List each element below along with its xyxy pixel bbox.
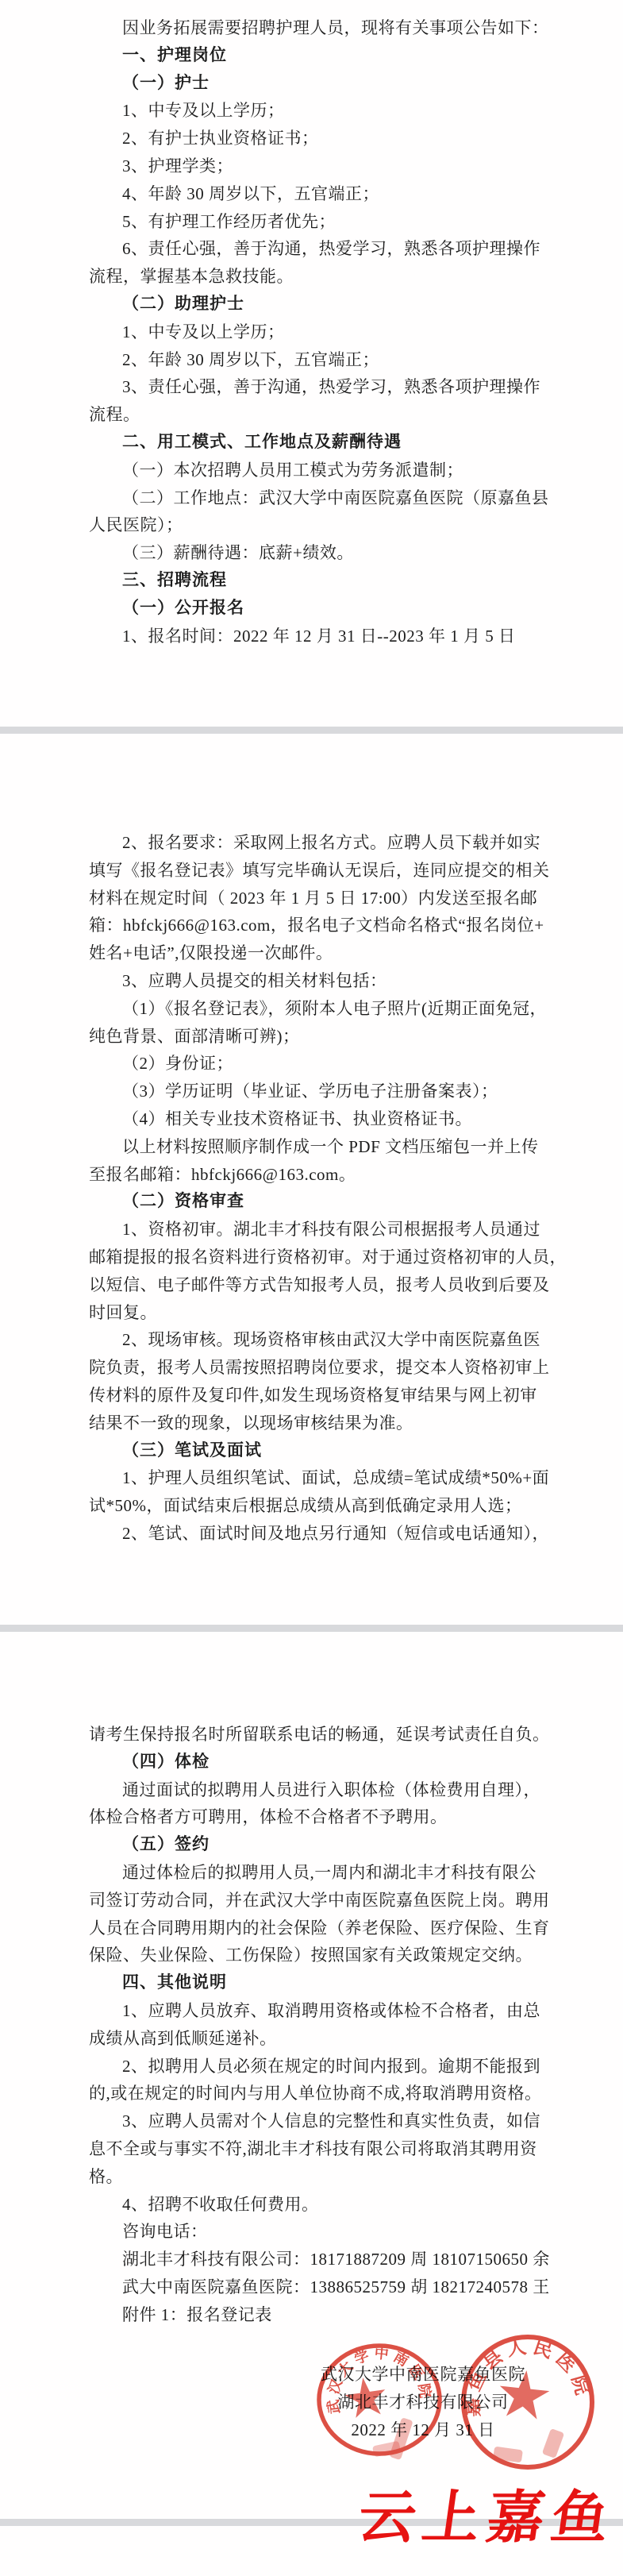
document-line: 1、中专及以上学历； <box>89 318 540 346</box>
document-line: 填写《报名登记表》填写完毕确认无误后，连同应提交的相关 <box>89 857 540 885</box>
document-line: （2）身份证； <box>89 1050 540 1078</box>
document-line: （四）体检 <box>89 1749 540 1776</box>
document-line: 二、用工模式、工作地点及薪酬待遇 <box>89 429 540 457</box>
document-line: 2、现场审核。现场资格审核由武汉大学中南医院嘉鱼医 <box>89 1326 540 1354</box>
document-line: 3、应聘人员需对个人信息的完整性和真实性负责，如信 <box>89 2107 540 2135</box>
page-separator-1 <box>0 727 623 734</box>
document-line: 院负责，报考人员需按照招聘岗位要求，提交本人资格初审上 <box>89 1354 540 1382</box>
document-line: 体检合格者方可聘用，体检不合格者不予聘用。 <box>89 1803 540 1831</box>
document-line: （三）薪酬待遇：底薪+绩效。 <box>89 539 540 567</box>
page-1: 因业务拓展需要招聘护理人员，现将有关事项公告如下：一、护理岗位（一）护士1、中专… <box>0 0 623 727</box>
document-line: 格。 <box>89 2163 540 2191</box>
document-line: 人员在合同聘用期内的社会保险（养老保险、医疗保险、生育 <box>89 1915 540 1942</box>
document-line: 通过体检后的拟聘用人员,一周内和湖北丰才科技有限公 <box>89 1859 540 1887</box>
document-line: 附件 1：报名登记表 <box>89 2301 540 2329</box>
document-line: 箱：hbfckj666@163.com，报名电子文档命名格式“报名岗位+ <box>89 912 540 939</box>
signature-date: 2022 年 12 月 31 日 <box>292 2416 554 2444</box>
document-line: 流程，掌握基本急救技能。 <box>89 263 540 291</box>
site-watermark: 云上嘉鱼 <box>354 2485 620 2549</box>
announcement-document: 因业务拓展需要招聘护理人员，现将有关事项公告如下：一、护理岗位（一）护士1、中专… <box>0 0 623 2576</box>
document-line: 息不全或与事实不符,湖北丰才科技有限公司将取消其聘用资 <box>89 2135 540 2163</box>
document-line: 至报名邮箱：hbfckj666@163.com。 <box>89 1161 540 1189</box>
document-line: 1、应聘人员放弃、取消聘用资格或体检不合格者，由总 <box>89 1997 540 2025</box>
document-line: 6、责任心强，善于沟通，热爱学习，熟悉各项护理操作 <box>89 235 540 263</box>
document-line: 传材料的原件及复印件,如发生现场资格复审结果与网上初审 <box>89 1382 540 1409</box>
document-line: 1、报名时间：2022 年 12 月 31 日--2023 年 1 月 5 日 <box>89 623 540 650</box>
document-line: 4、年龄 30 周岁以下，五官端正； <box>89 180 540 208</box>
document-line: 2、笔试、面试时间及地点另行通知（短信或电话通知）， <box>89 1520 540 1548</box>
document-line: 请考生保持报名时所留联系电话的畅通，延误考试责任自负。 <box>89 1721 540 1749</box>
document-line: 咨询电话： <box>89 2218 540 2246</box>
signature-block: 武汉大学中南医院嘉鱼医院 湖北丰才科技有限公司 2022 年 12 月 31 日 <box>292 2361 554 2444</box>
document-line: （一）本次招聘人员用工模式为劳务派遣制； <box>89 457 540 484</box>
document-line: 4、招聘不收取任何费用。 <box>89 2191 540 2219</box>
document-line: 纯色背景、面部清晰可辨)； <box>89 1023 540 1051</box>
document-line: （3）学历证明（毕业证、学历电子注册备案表）； <box>89 1078 540 1105</box>
document-line: 时回复。 <box>89 1299 540 1327</box>
document-line: 结果不一致的现象，以现场审核结果为准。 <box>89 1409 540 1437</box>
document-line: 1、中专及以上学历； <box>89 97 540 125</box>
signature-org-company: 湖北丰才科技有限公司 <box>292 2389 554 2416</box>
document-line: 1、护理人员组织笔试、面试，总成绩=笔试成绩*50%+面 <box>89 1464 540 1492</box>
document-line: （二）助理护士 <box>89 291 540 318</box>
document-line: （三）笔试及面试 <box>89 1437 540 1465</box>
document-line: 武大中南医院嘉鱼医院：13886525759 胡 18217240578 王 <box>89 2273 540 2301</box>
document-line: （二）资格审查 <box>89 1188 540 1216</box>
document-line: 人民医院）； <box>89 511 540 539</box>
document-line: 邮箱提报的报名资料进行资格初审。对于通过资格初审的人员， <box>89 1244 540 1271</box>
document-line: （1）《报名登记表》，须附本人电子照片(近期正面免冠， <box>89 995 540 1023</box>
document-line: 试*50%，面试结束后根据总成绩从高到低确定录用人选； <box>89 1492 540 1520</box>
document-line: 一、护理岗位 <box>89 42 540 70</box>
document-line: 材料在规定时间（ 2023 年 1 月 5 日 17:00）内发送至报名邮 <box>89 885 540 912</box>
page-2: 2、报名要求：采取网上报名方式。应聘人员下载并如实填写《报名登记表》填写完毕确认… <box>0 734 623 1625</box>
document-line: 以短信、电子邮件等方式告知报考人员，报考人员收到后要及 <box>89 1271 540 1299</box>
signature-org-hospital: 武汉大学中南医院嘉鱼医院 <box>292 2361 554 2389</box>
document-line: 1、资格初审。湖北丰才科技有限公司根据报考人员通过 <box>89 1216 540 1244</box>
document-line: （二）工作地点：武汉大学中南医院嘉鱼医院（原嘉鱼县 <box>89 484 540 512</box>
page-3: 请考生保持报名时所留联系电话的畅通，延误考试责任自负。（四）体检通过面试的拟聘用… <box>0 1632 623 2519</box>
document-line: 2、拟聘用人员必须在规定的时间内报到。逾期不能报到 <box>89 2053 540 2080</box>
page-1-lines: 因业务拓展需要招聘护理人员，现将有关事项公告如下：一、护理岗位（一）护士1、中专… <box>89 0 540 650</box>
document-line: 的,或在规定的时间内与用人单位协商不成,将取消聘用资格。 <box>89 2080 540 2107</box>
document-line: （4）相关专业技术资格证书、执业资格证书。 <box>89 1105 540 1133</box>
document-line: 3、应聘人员提交的相关材料包括： <box>89 967 540 995</box>
document-line: （一）公开报名 <box>89 595 540 623</box>
document-line: 2、年龄 30 周岁以下，五官端正； <box>89 346 540 374</box>
document-line: 司签订劳动合同，并在武汉大学中南医院嘉鱼医院上岗。聘用 <box>89 1887 540 1915</box>
page-2-lines: 2、报名要求：采取网上报名方式。应聘人员下载并如实填写《报名登记表》填写完毕确认… <box>89 734 540 1548</box>
document-line: 2、有护士执业资格证书； <box>89 125 540 152</box>
document-line: 通过面试的拟聘用人员进行入职体检（体检费用自理）， <box>89 1776 540 1804</box>
page-3-lines: 请考生保持报名时所留联系电话的畅通，延误考试责任自负。（四）体检通过面试的拟聘用… <box>89 1632 540 2329</box>
document-line: 5、有护理工作经历者优先； <box>89 208 540 236</box>
page-separator-2 <box>0 1625 623 1632</box>
document-line: 三、招聘流程 <box>89 567 540 595</box>
document-line: 流程。 <box>89 401 540 429</box>
document-line: 3、护理学类； <box>89 152 540 180</box>
document-line: 以上材料按照顺序制作成一个 PDF 文档压缩包一并上传 <box>89 1133 540 1161</box>
document-line: （五）签约 <box>89 1831 540 1859</box>
document-line: 湖北丰才科技有限公司：18171887209 周 18107150650 余 <box>89 2246 540 2273</box>
document-line: 姓名+电话”,仅限投递一次邮件。 <box>89 939 540 967</box>
document-line: 成绩从高到低顺延递补。 <box>89 2025 540 2053</box>
document-line: 四、其他说明 <box>89 1969 540 1997</box>
document-line: 因业务拓展需要招聘护理人员，现将有关事项公告如下： <box>89 14 540 42</box>
document-line: 2、报名要求：采取网上报名方式。应聘人员下载并如实 <box>89 829 540 857</box>
document-line: 3、责任心强，善于沟通，热爱学习，熟悉各项护理操作 <box>89 373 540 401</box>
document-line: 保险、失业保险、工伤保险）按照国家有关政策规定交纳。 <box>89 1942 540 1969</box>
document-line: （一）护士 <box>89 70 540 98</box>
